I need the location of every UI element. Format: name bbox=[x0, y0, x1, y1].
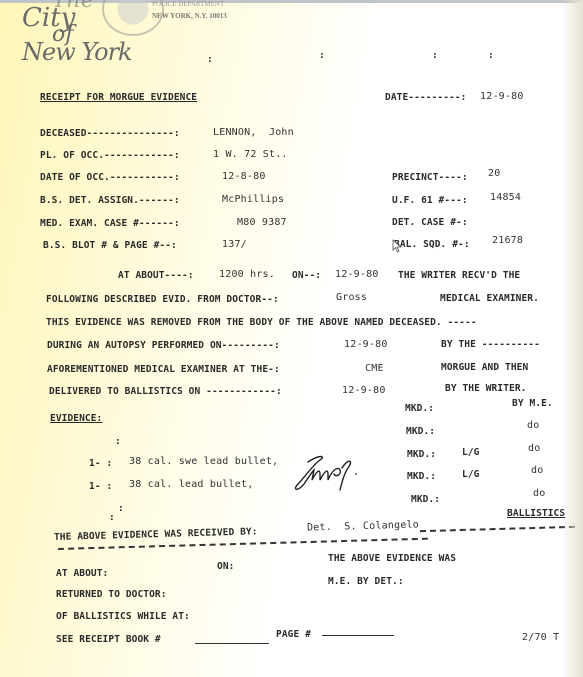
receipt-book-label: SEE RECEIPT BOOK # bbox=[56, 634, 161, 645]
marking-4-code: L/G bbox=[462, 469, 479, 480]
receipt-book-blank bbox=[195, 643, 269, 644]
of-ballistics-while-at-label: OF BALLISTICS WHILE AT: bbox=[56, 611, 190, 622]
uf61-label: U.F. 61 #---: bbox=[392, 195, 468, 206]
deceased-label: DECEASED---------------: bbox=[40, 128, 180, 139]
precinct-label: PRECINCT----: bbox=[392, 172, 468, 183]
stray-colon: : bbox=[432, 50, 438, 61]
delivered-date: 12-9-80 bbox=[342, 385, 386, 396]
marking-4-by: do bbox=[531, 465, 543, 476]
date-label: DATE---------: bbox=[385, 92, 466, 103]
marking-5-label: MKD.: bbox=[411, 494, 440, 505]
morgue-location: CME bbox=[365, 363, 384, 374]
deceased-value: LENNON, John bbox=[213, 127, 294, 138]
marking-2-label: MKD.: bbox=[406, 426, 435, 437]
logo-new-york: New York bbox=[22, 38, 132, 66]
evidence-item-2-desc: 38 cal. lead bullet, bbox=[129, 479, 253, 490]
med-exam-case-label: MED. EXAM. CASE #------: bbox=[40, 218, 180, 229]
me-by-det-label: M.E. BY DET.: bbox=[328, 576, 404, 587]
date-of-occurrence-value: 12-8-80 bbox=[222, 171, 266, 182]
det-assigned-value: McPhillips bbox=[222, 194, 284, 205]
det-assigned-label: B.S. DET. ASSIGN.------: bbox=[40, 195, 180, 206]
described-evidence-label: FOLLOWING DESCRIBED EVID. FROM DOCTOR--: bbox=[46, 294, 279, 305]
at-about-bottom-label: AT ABOUT: bbox=[56, 568, 108, 579]
date-of-occurrence-label: DATE OF OCC.-----------: bbox=[40, 172, 180, 183]
marking-3-by: do bbox=[528, 443, 540, 454]
received-colon: : bbox=[109, 512, 115, 523]
place-of-occurrence-label: PL. OF OCC.------------: bbox=[40, 150, 180, 161]
city-of-new-york-logo: The City of New York bbox=[22, 0, 142, 70]
blotter-page-label: B.S. BLOT # & PAGE #--: bbox=[43, 240, 177, 251]
marking-5-by: do bbox=[533, 488, 545, 499]
evidence-item-1-desc: 38 cal. swe lead bullet, bbox=[129, 456, 278, 467]
letterhead-department: POLICE DEPARTMENT bbox=[152, 0, 224, 8]
ballistics-squad-value: 21678 bbox=[492, 235, 523, 246]
on-label: ON--: bbox=[292, 270, 321, 281]
form-code: 2/70 T bbox=[522, 632, 559, 643]
marking-4-label: MKD.: bbox=[407, 471, 436, 482]
received-date: 12-9-80 bbox=[335, 269, 379, 280]
evidence-item-1-qty: 1- : bbox=[89, 458, 112, 469]
blotter-page-value: 137/ bbox=[222, 239, 247, 250]
uf61-value: 14854 bbox=[490, 192, 521, 203]
marking-2-by: do bbox=[527, 420, 539, 431]
mouse-cursor-icon bbox=[392, 239, 402, 253]
marking-3-code: L/G bbox=[462, 447, 479, 458]
delivered-to-ballistics-label: DELIVERED TO BALLISTICS ON ------------: bbox=[49, 386, 282, 397]
autopsy-performed-label: DURING AN AUTOPSY PERFORMED ON---------: bbox=[47, 340, 280, 351]
autopsy-date: 12-9-80 bbox=[344, 339, 388, 350]
received-time: 1200 hrs. bbox=[219, 269, 275, 280]
date-value: 12-9-80 bbox=[480, 91, 524, 102]
document-page: The City of New York POLICE DEPARTMENT N… bbox=[0, 0, 583, 677]
precinct-value: 20 bbox=[488, 168, 500, 179]
above-evidence-was-label: THE ABOVE EVIDENCE WAS bbox=[328, 553, 456, 564]
evidence-blank-colon: : bbox=[115, 436, 121, 447]
page-blank bbox=[322, 635, 394, 636]
stray-colon: : bbox=[207, 54, 213, 65]
returned-to-doctor-label: RETURNED TO DOCTOR: bbox=[56, 589, 167, 600]
medical-examiner-text: MEDICAL EXAMINER. bbox=[440, 293, 539, 304]
letterhead-address: NEW YORK, N.Y. 10013 bbox=[152, 12, 227, 20]
marking-1-by: BY M.E. bbox=[512, 398, 553, 409]
form-title: RECEIPT FOR MORGUE EVIDENCE bbox=[40, 92, 197, 103]
signature-initials bbox=[290, 452, 360, 492]
stray-colon: : bbox=[319, 50, 325, 61]
evidence-removed-text: THIS EVIDENCE WAS REMOVED FROM THE BODY … bbox=[46, 317, 477, 328]
det-case-label: DET. CASE #-: bbox=[392, 217, 468, 228]
ballistics-squad-label: BAL. SQD. #-: bbox=[394, 239, 470, 250]
at-about-label: AT ABOUT----: bbox=[118, 270, 194, 281]
evidence-heading: EVIDENCE: bbox=[50, 413, 102, 424]
dashed-separator bbox=[420, 526, 575, 532]
by-the-text: BY THE ---------- bbox=[441, 339, 540, 350]
place-of-occurrence-value: 1 W. 72 St.. bbox=[213, 149, 288, 160]
marking-3-label: MKD.: bbox=[407, 449, 436, 460]
evidence-trailing-colon: : bbox=[118, 503, 124, 514]
received-by-label: THE ABOVE EVIDENCE WAS RECEIVED BY: bbox=[54, 526, 258, 543]
marking-1-label: MKD.: bbox=[405, 403, 434, 414]
medical-examiner-at-label: AFOREMENTIONED MEDICAL EXAMINER AT THE-: bbox=[47, 364, 280, 375]
stray-colon: : bbox=[488, 50, 494, 61]
received-by-name: Det. S. Colangelo bbox=[307, 519, 419, 533]
page-label: PAGE # bbox=[276, 629, 311, 640]
evidence-item-2-qty: 1- : bbox=[89, 481, 112, 492]
writer-received-text: THE WRITER RECV'D THE bbox=[398, 270, 520, 281]
morgue-and-then-text: MORGUE AND THEN bbox=[441, 362, 528, 373]
received-by-unit: BALLISTICS bbox=[507, 508, 565, 519]
on-bottom-label: ON: bbox=[217, 561, 234, 572]
doctor-name: Gross bbox=[336, 292, 367, 303]
by-the-writer-text: BY THE WRITER. bbox=[445, 383, 526, 394]
med-exam-case-value: M80 9387 bbox=[237, 217, 287, 228]
